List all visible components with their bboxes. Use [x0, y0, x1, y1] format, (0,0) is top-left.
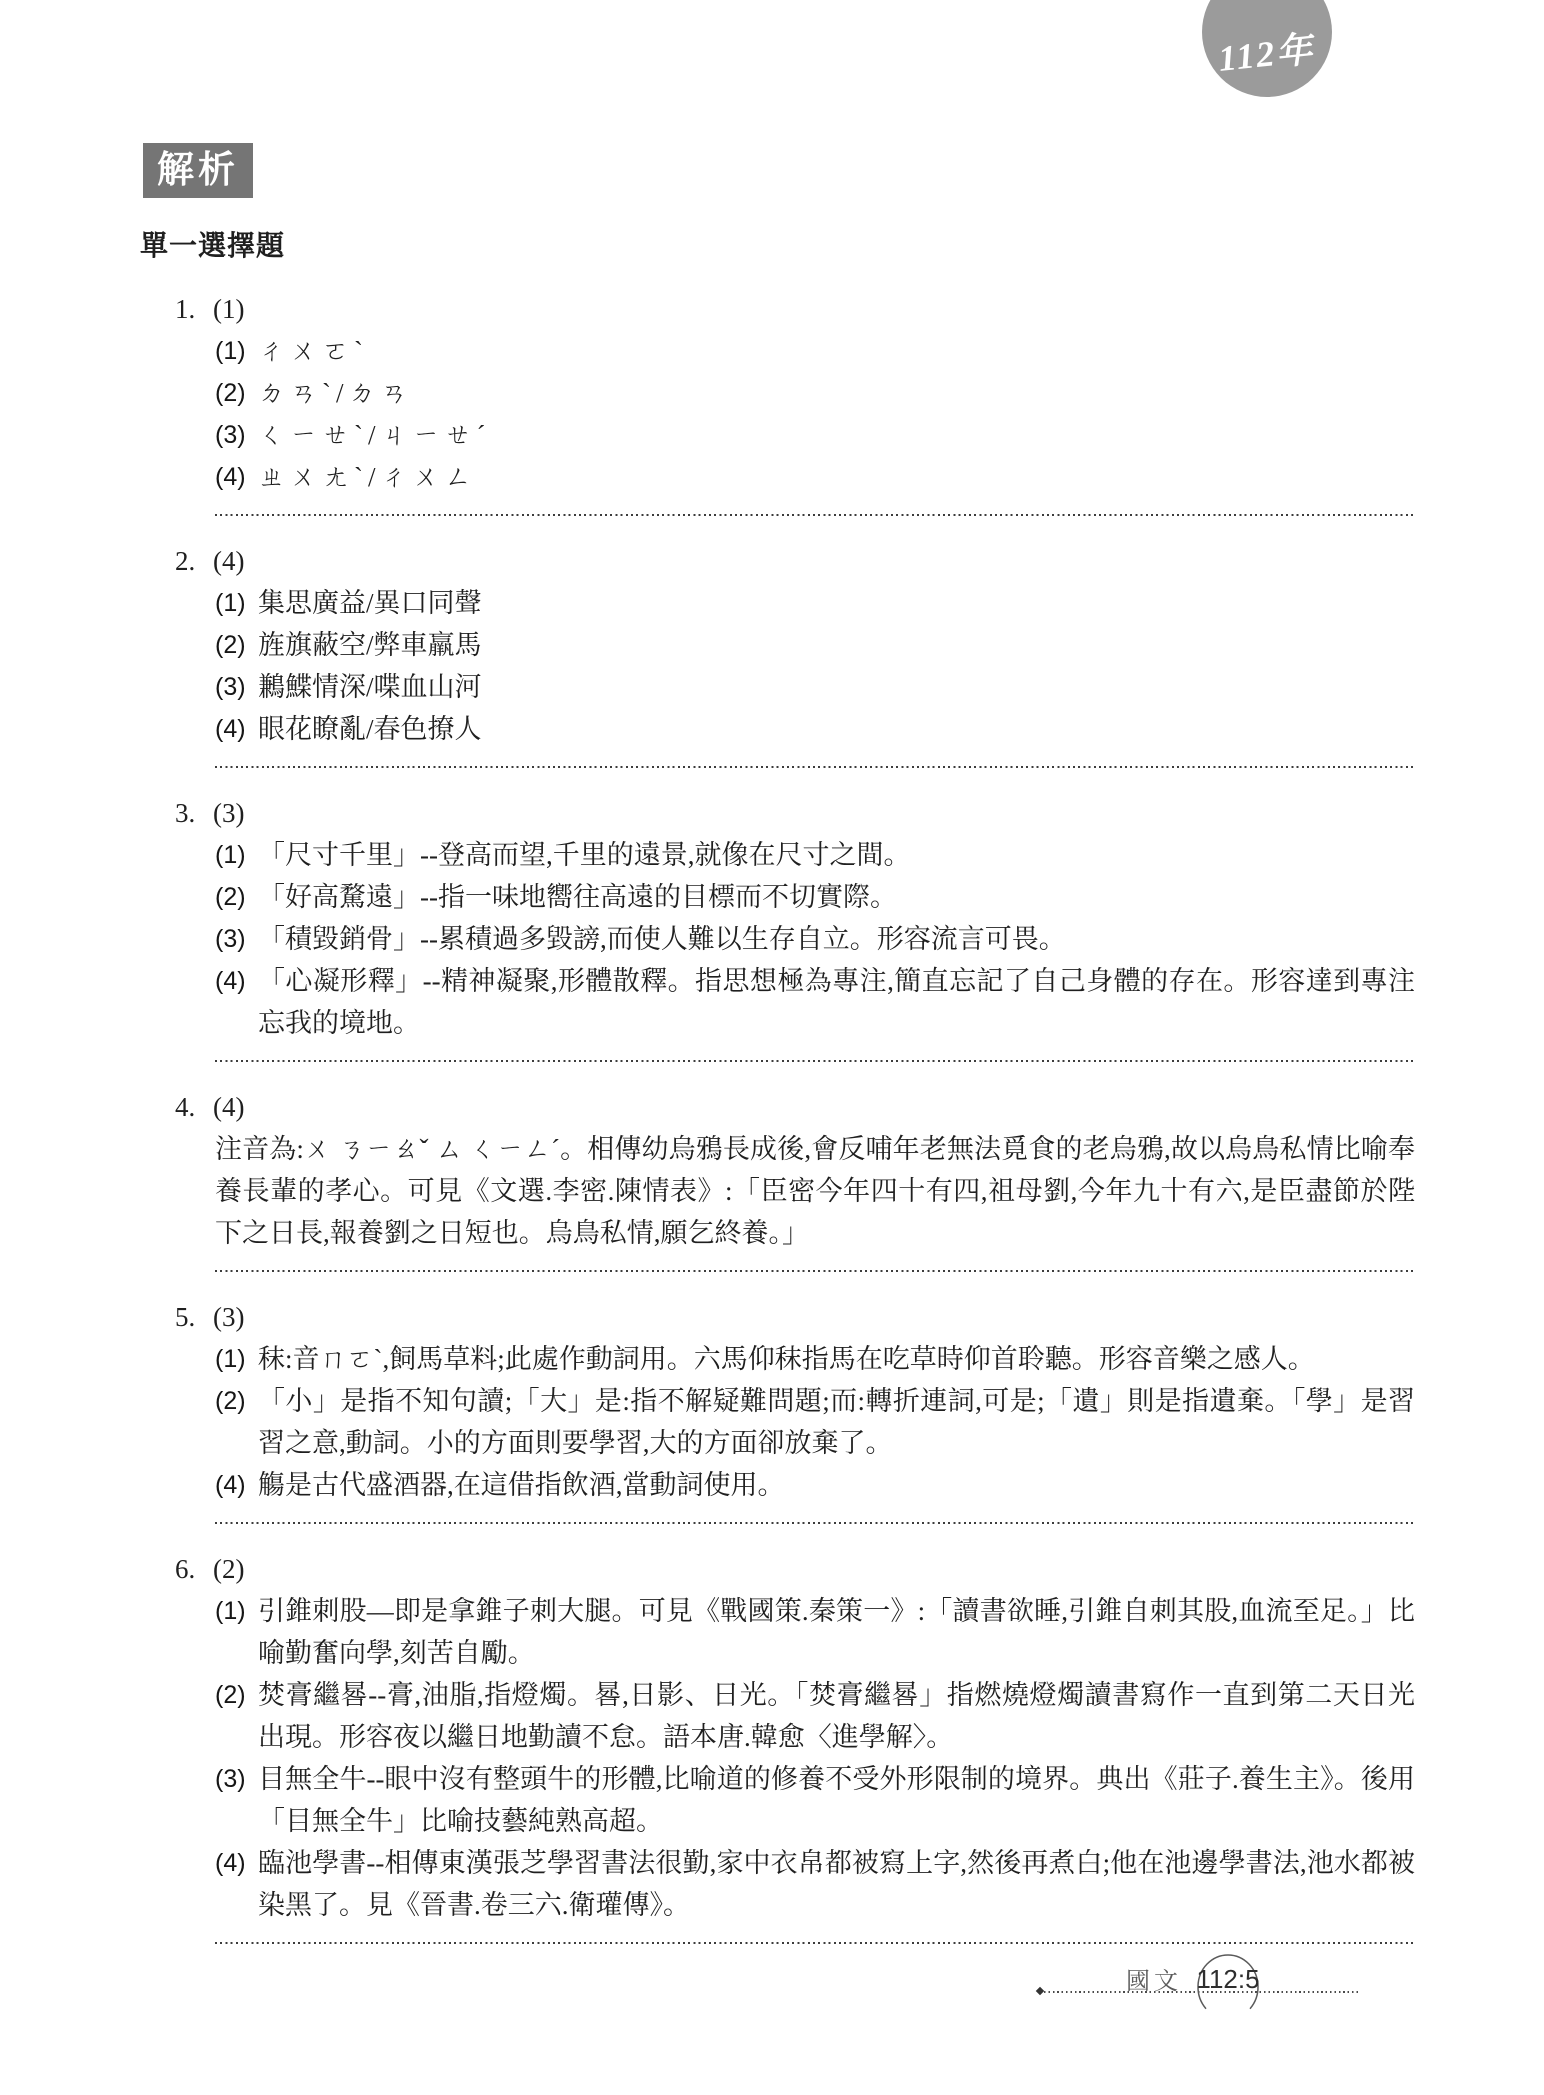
section-header-analysis: 解析	[143, 143, 253, 198]
option-marker: (4)	[215, 1842, 258, 1926]
option-text: 臨池學書--相傳東漢張芝學習書法很勤,家中衣帛都被寫上字,然後再煮白;他在池邊學…	[258, 1842, 1415, 1926]
question-6-head: 6.(2)	[140, 1548, 1415, 1590]
option-row: (1) 引錐刺股—即是拿錐子刺大腿。可見《戰國策.秦策一》:「讀書欲睡,引錐自刺…	[140, 1590, 1415, 1674]
option-marker: (2)	[215, 1674, 258, 1758]
question-4: 4.(4) 注音為:ㄨ ㄋㄧㄠˇ ㄙ ㄑㄧㄥˊ。相傳幼烏鴉長成後,會反哺年老無法…	[140, 1086, 1415, 1272]
option-row: (2) 焚膏繼晷--膏,油脂,指燈燭。晷,日影、日光。「焚膏繼晷」指燃燒燈燭讀書…	[140, 1674, 1415, 1758]
option-marker: (4)	[215, 708, 258, 750]
option-marker: (4)	[215, 1464, 258, 1506]
question-answer: (4)	[213, 1092, 244, 1122]
solutions-content: 單一選擇題 1.(1) (1) ㄔㄨㄛˋ (2) ㄉㄢˋ/ㄉㄢ (3) ㄑㄧㄝˋ…	[140, 226, 1415, 1968]
year-badge-label: 112年	[1216, 21, 1319, 102]
option-row: (4) ㄓㄨㄤˋ/ㄔㄨㄥ	[140, 456, 1415, 498]
option-marker: (1)	[215, 1590, 258, 1674]
option-row: (1) ㄔㄨㄛˋ	[140, 330, 1415, 372]
question-1-head: 1.(1)	[140, 288, 1415, 330]
option-marker: (2)	[215, 1380, 258, 1464]
question-answer: (4)	[213, 546, 244, 576]
question-5-head: 5.(3)	[140, 1296, 1415, 1338]
question-number: 5.	[175, 1296, 213, 1338]
question-6: 6.(2) (1) 引錐刺股—即是拿錐子刺大腿。可見《戰國策.秦策一》:「讀書欲…	[140, 1548, 1415, 1944]
option-row: (1) 秣:音ㄇㄛˋ,飼馬草料;此處作動詞用。六馬仰秣指馬在吃草時仰首聆聽。形容…	[140, 1338, 1415, 1380]
question-answer: (3)	[213, 798, 244, 828]
page-footer: 國文 112:5	[0, 1955, 1544, 2045]
option-row: (2) ㄉㄢˋ/ㄉㄢ	[140, 372, 1415, 414]
question-number: 4.	[175, 1086, 213, 1128]
dotted-separator	[215, 1942, 1415, 1944]
option-text: 「小」是指不知句讀;「大」是:指不解疑難問題;而:轉折連詞,可是;「遺」則是指遺…	[258, 1380, 1415, 1464]
option-row: (4) 眼花瞭亂/春色撩人	[140, 708, 1415, 750]
dotted-separator	[215, 1060, 1415, 1062]
option-row: (4) 觴是古代盛酒器,在這借指飲酒,當動詞使用。	[140, 1464, 1415, 1506]
option-row: (3) 鶼鰈情深/喋血山河	[140, 666, 1415, 708]
option-marker: (1)	[215, 582, 258, 624]
option-marker: (4)	[215, 456, 258, 498]
option-row: (3) 「積毀銷骨」--累積過多毀謗,而使人難以生存自立。形容流言可畏。	[140, 918, 1415, 960]
answer-explanation: 注音為:ㄨ ㄋㄧㄠˇ ㄙ ㄑㄧㄥˊ。相傳幼烏鴉長成後,會反哺年老無法覓食的老烏鴉…	[140, 1128, 1415, 1254]
question-5: 5.(3) (1) 秣:音ㄇㄛˋ,飼馬草料;此處作動詞用。六馬仰秣指馬在吃草時仰…	[140, 1296, 1415, 1524]
option-row: (2) 旌旗蔽空/弊車羸馬	[140, 624, 1415, 666]
question-3-head: 3.(3)	[140, 792, 1415, 834]
option-marker: (3)	[215, 918, 258, 960]
option-row: (1) 「尺寸千里」--登高而望,千里的遠景,就像在尺寸之間。	[140, 834, 1415, 876]
option-row: (4) 「心凝形釋」--精神凝聚,形體散釋。指思想極為專注,簡直忘記了自己身體的…	[140, 960, 1415, 1044]
option-text: 秣:音ㄇㄛˋ,飼馬草料;此處作動詞用。六馬仰秣指馬在吃草時仰首聆聽。形容音樂之感…	[258, 1338, 1415, 1380]
option-marker: (2)	[215, 876, 258, 918]
dotted-separator	[215, 514, 1415, 516]
option-text: 「心凝形釋」--精神凝聚,形體散釋。指思想極為專注,簡直忘記了自己身體的存在。形…	[258, 960, 1415, 1044]
subsection-title: 單一選擇題	[140, 226, 1415, 268]
option-row: (4) 臨池學書--相傳東漢張芝學習書法很勤,家中衣帛都被寫上字,然後再煮白;他…	[140, 1842, 1415, 1926]
question-2-head: 2.(4)	[140, 540, 1415, 582]
option-marker: (4)	[215, 960, 258, 1044]
question-2: 2.(4) (1) 集思廣益/異口同聲 (2) 旌旗蔽空/弊車羸馬 (3) 鶼鰈…	[140, 540, 1415, 768]
option-row: (2) 「好高騖遠」--指一味地嚮往高遠的目標而不切實際。	[140, 876, 1415, 918]
option-marker: (1)	[215, 834, 258, 876]
option-text: 焚膏繼晷--膏,油脂,指燈燭。晷,日影、日光。「焚膏繼晷」指燃燒燈燭讀書寫作一直…	[258, 1674, 1415, 1758]
section-header-label: 解析	[157, 150, 239, 191]
option-text: 「積毀銷骨」--累積過多毀謗,而使人難以生存自立。形容流言可畏。	[258, 918, 1415, 960]
question-3: 3.(3) (1) 「尺寸千里」--登高而望,千里的遠景,就像在尺寸之間。 (2…	[140, 792, 1415, 1062]
option-text: 鶼鰈情深/喋血山河	[258, 666, 1415, 708]
question-number: 1.	[175, 288, 213, 330]
question-answer: (1)	[213, 294, 244, 324]
option-text: 眼花瞭亂/春色撩人	[258, 708, 1415, 750]
option-text: 觴是古代盛酒器,在這借指飲酒,當動詞使用。	[258, 1464, 1415, 1506]
option-text: 「好高騖遠」--指一味地嚮往高遠的目標而不切實際。	[258, 876, 1415, 918]
option-marker: (3)	[215, 414, 258, 456]
option-marker: (3)	[215, 1758, 258, 1842]
question-number: 6.	[175, 1548, 213, 1590]
diamond-bullet-icon	[1036, 1987, 1044, 1995]
option-row: (1) 集思廣益/異口同聲	[140, 582, 1415, 624]
question-number: 2.	[175, 540, 213, 582]
exam-solution-page: 112年 解析 單一選擇題 1.(1) (1) ㄔㄨㄛˋ (2) ㄉㄢˋ/ㄉㄢ …	[0, 0, 1544, 2095]
option-row: (3) 目無全牛--眼中沒有整頭牛的形體,比喻道的修養不受外形限制的境界。典出《…	[140, 1758, 1415, 1842]
question-4-head: 4.(4)	[140, 1086, 1415, 1128]
option-text: ㄔㄨㄛˋ	[258, 330, 1415, 372]
question-answer: (3)	[213, 1302, 244, 1332]
option-text: 旌旗蔽空/弊車羸馬	[258, 624, 1415, 666]
year-badge: 112年	[1202, 0, 1332, 97]
option-marker: (1)	[215, 1338, 258, 1380]
question-answer: (2)	[213, 1554, 244, 1584]
option-text: 「尺寸千里」--登高而望,千里的遠景,就像在尺寸之間。	[258, 834, 1415, 876]
option-row: (2) 「小」是指不知句讀;「大」是:指不解疑難問題;而:轉折連詞,可是;「遺」…	[140, 1380, 1415, 1464]
option-text: ㄓㄨㄤˋ/ㄔㄨㄥ	[258, 456, 1415, 498]
question-number: 3.	[175, 792, 213, 834]
dotted-separator	[215, 1522, 1415, 1524]
question-1: 1.(1) (1) ㄔㄨㄛˋ (2) ㄉㄢˋ/ㄉㄢ (3) ㄑㄧㄝˋ/ㄐㄧㄝˊ …	[140, 288, 1415, 516]
option-marker: (3)	[215, 666, 258, 708]
option-marker: (2)	[215, 624, 258, 666]
option-row: (3) ㄑㄧㄝˋ/ㄐㄧㄝˊ	[140, 414, 1415, 456]
option-text: 目無全牛--眼中沒有整頭牛的形體,比喻道的修養不受外形限制的境界。典出《莊子.養…	[258, 1758, 1415, 1842]
option-text: 引錐刺股—即是拿錐子刺大腿。可見《戰國策.秦策一》:「讀書欲睡,引錐自刺其股,血…	[258, 1590, 1415, 1674]
dotted-separator	[215, 766, 1415, 768]
page-number: 112:5	[1194, 1964, 1262, 1995]
option-text: ㄉㄢˋ/ㄉㄢ	[258, 372, 1415, 414]
option-text: ㄑㄧㄝˋ/ㄐㄧㄝˊ	[258, 414, 1415, 456]
dotted-separator	[215, 1270, 1415, 1272]
option-marker: (1)	[215, 330, 258, 372]
option-marker: (2)	[215, 372, 258, 414]
option-text: 集思廣益/異口同聲	[258, 582, 1415, 624]
